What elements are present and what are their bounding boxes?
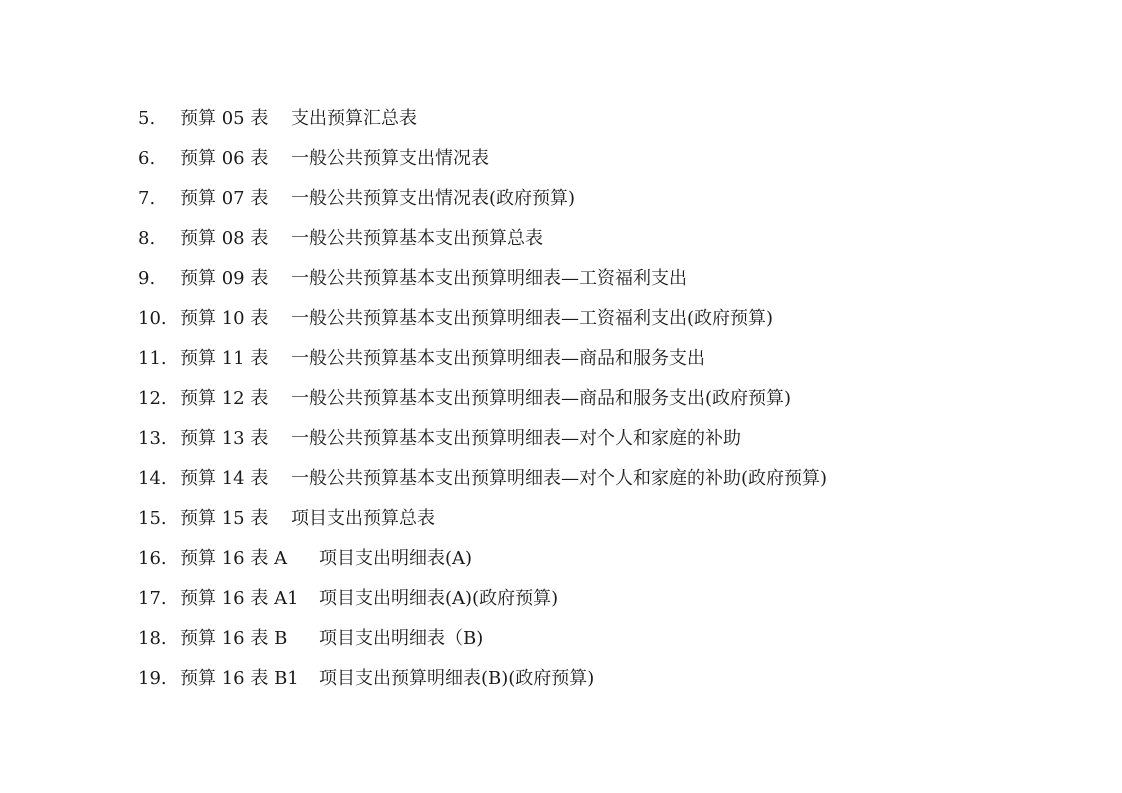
item-title: 支出预算汇总表 <box>291 106 417 132</box>
item-table-code: 预算 12 表 <box>180 386 268 412</box>
item-number: 17. <box>138 586 167 612</box>
item-table-code: 预算 16 表 B <box>180 626 287 652</box>
item-number: 10. <box>138 306 167 332</box>
item-table-code: 预算 10 表 <box>180 306 268 332</box>
item-title: 项目支出预算总表 <box>291 506 435 532</box>
item-title: 一般公共预算基本支出预算总表 <box>291 226 543 252</box>
item-table-code: 预算 06 表 <box>180 146 268 172</box>
item-number: 14. <box>138 466 167 492</box>
item-title: 一般公共预算基本支出预算明细表—对个人和家庭的补助(政府预算) <box>291 466 827 492</box>
item-title: 一般公共预算支出情况表(政府预算) <box>291 186 575 212</box>
item-number: 12. <box>138 386 167 412</box>
item-number: 15. <box>138 506 167 532</box>
item-number: 8. <box>138 226 155 252</box>
item-title: 项目支出预算明细表(B)(政府预算) <box>319 666 594 692</box>
item-number: 16. <box>138 546 167 572</box>
item-table-code: 预算 05 表 <box>180 106 268 132</box>
document-page: 5. 预算 05 表 支出预算汇总表 6. 预算 06 表 一般公共预算支出情况… <box>0 0 1122 793</box>
item-table-code: 预算 14 表 <box>180 466 268 492</box>
item-table-code: 预算 11 表 <box>180 346 268 372</box>
item-number: 6. <box>138 146 155 172</box>
item-number: 7. <box>138 186 155 212</box>
item-title: 项目支出明细表（B) <box>319 626 483 652</box>
item-table-code: 预算 09 表 <box>180 266 268 292</box>
item-number: 5. <box>138 106 155 132</box>
item-table-code: 预算 16 表 A <box>180 546 287 572</box>
item-title: 一般公共预算基本支出预算明细表—工资福利支出(政府预算) <box>291 306 773 332</box>
item-number: 11. <box>138 346 167 372</box>
item-table-code: 预算 16 表 A1 <box>180 586 299 612</box>
item-table-code: 预算 08 表 <box>180 226 268 252</box>
item-table-code: 预算 16 表 B1 <box>180 666 299 692</box>
item-number: 9. <box>138 266 155 292</box>
item-table-code: 预算 13 表 <box>180 426 268 452</box>
item-number: 13. <box>138 426 167 452</box>
item-title: 一般公共预算基本支出预算明细表—商品和服务支出 <box>291 346 705 372</box>
item-title: 一般公共预算基本支出预算明细表—工资福利支出 <box>291 266 687 292</box>
item-number: 18. <box>138 626 167 652</box>
item-number: 19. <box>138 666 167 692</box>
item-title: 一般公共预算基本支出预算明细表—商品和服务支出(政府预算) <box>291 386 791 412</box>
item-title: 项目支出明细表(A)(政府预算) <box>319 586 558 612</box>
item-title: 一般公共预算支出情况表 <box>291 146 489 172</box>
item-table-code: 预算 07 表 <box>180 186 268 212</box>
item-title: 一般公共预算基本支出预算明细表—对个人和家庭的补助 <box>291 426 741 452</box>
item-table-code: 预算 15 表 <box>180 506 268 532</box>
item-title: 项目支出明细表(A) <box>319 546 472 572</box>
